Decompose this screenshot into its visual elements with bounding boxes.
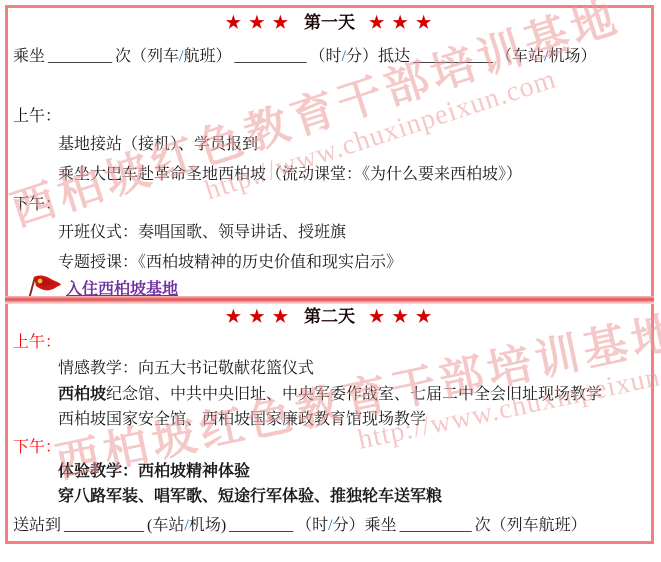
- blank-departure-time: ________: [229, 517, 293, 534]
- stars-left-icon: ★ ★ ★: [226, 13, 290, 32]
- day1-morning-item: 乘坐大巴车赴革命圣地西柏坡（流动课堂：《为什么要来西柏坡》）: [58, 164, 651, 185]
- stars-left-icon: ★ ★ ★: [226, 307, 290, 326]
- day1-title: 第一天: [304, 13, 355, 32]
- departure-fill-line: 送站到__________(车站/机场)________（时/分）乘坐_____…: [13, 515, 651, 536]
- arrival-text: 航班）: [183, 48, 231, 65]
- stars-right-icon: ★ ★ ★: [369, 13, 433, 32]
- day1-section: ★ ★ ★ 第一天 ★ ★ ★ 乘坐________次（列车/航班）______…: [5, 5, 654, 298]
- day2-afternoon-label: 下午：: [13, 437, 651, 458]
- arrival-text: 乘坐: [13, 48, 45, 65]
- arrival-text: 分）抵达: [346, 48, 410, 65]
- day2-morning-item: 情感教学：向五大书记敬献花篮仪式: [58, 358, 651, 379]
- site-name-bold: 西柏坡: [58, 386, 106, 403]
- day2-header: ★ ★ ★ 第二天 ★ ★ ★: [8, 306, 651, 328]
- day2-afternoon-item: 体验教学：西柏坡精神体验: [58, 461, 651, 482]
- day1-header: ★ ★ ★ 第一天 ★ ★ ★: [8, 12, 651, 34]
- departure-text: (车站: [147, 517, 184, 534]
- arrival-text: （时: [310, 48, 342, 65]
- stars-right-icon: ★ ★ ★: [369, 307, 433, 326]
- site-list: 纪念馆、中共中央旧址、中央军委作战室、七届二中全会旧址现场教学: [106, 386, 602, 403]
- arrival-text: （车站: [496, 48, 544, 65]
- day1-afternoon-label: 下午：: [13, 194, 651, 215]
- box-divider: [5, 296, 654, 304]
- blank-train-number: _________: [400, 517, 472, 534]
- departure-text: 机场): [189, 517, 226, 534]
- day2-title: 第二天: [304, 307, 355, 326]
- blank-arrival-time: _________: [235, 48, 307, 65]
- day2-section: ★ ★ ★ 第二天 ★ ★ ★ 上午： 情感教学：向五大书记敬献花篮仪式 西柏坡…: [5, 303, 654, 544]
- day2-morning-item: 西柏坡纪念馆、中共中央旧址、中央军委作战室、七届二中全会旧址现场教学: [58, 384, 651, 405]
- day2-morning-item: 西柏坡国家安全馆、西柏坡国家廉政教育馆现场教学: [58, 409, 651, 430]
- departure-text: 送站到: [13, 517, 61, 534]
- blank-departure-place: __________: [64, 517, 144, 534]
- day2-morning-label: 上午：: [13, 332, 651, 353]
- itinerary-page: 西柏坡红色教育干部培训基地 http://www.chuxinpeixun.co…: [0, 0, 661, 562]
- departure-text: （时: [296, 517, 328, 534]
- blank-train-number: ________: [48, 48, 112, 65]
- arrival-fill-line: 乘坐________次（列车/航班）_________（时/分）抵达______…: [13, 46, 651, 67]
- arrival-text: 机场）: [548, 48, 596, 65]
- day1-afternoon-item: 开班仪式：奏唱国歌、领导讲话、授班旗: [58, 222, 651, 243]
- day1-afternoon-item: 专题授课：《西柏坡精神的历史价值和现实启示》: [58, 252, 651, 273]
- day2-afternoon-item: 穿八路军装、唱军歌、短途行军体验、推独轮车送军粮: [58, 486, 651, 507]
- arrival-text: 次（列车: [115, 48, 179, 65]
- blank-arrival-place: __________: [413, 48, 493, 65]
- departure-text: 分）乘坐: [333, 517, 397, 534]
- day1-morning-label: 上午：: [13, 106, 651, 127]
- day1-morning-item: 基地接站（接机）、学员报到: [58, 134, 651, 155]
- departure-text: 次（列车航班）: [475, 517, 587, 534]
